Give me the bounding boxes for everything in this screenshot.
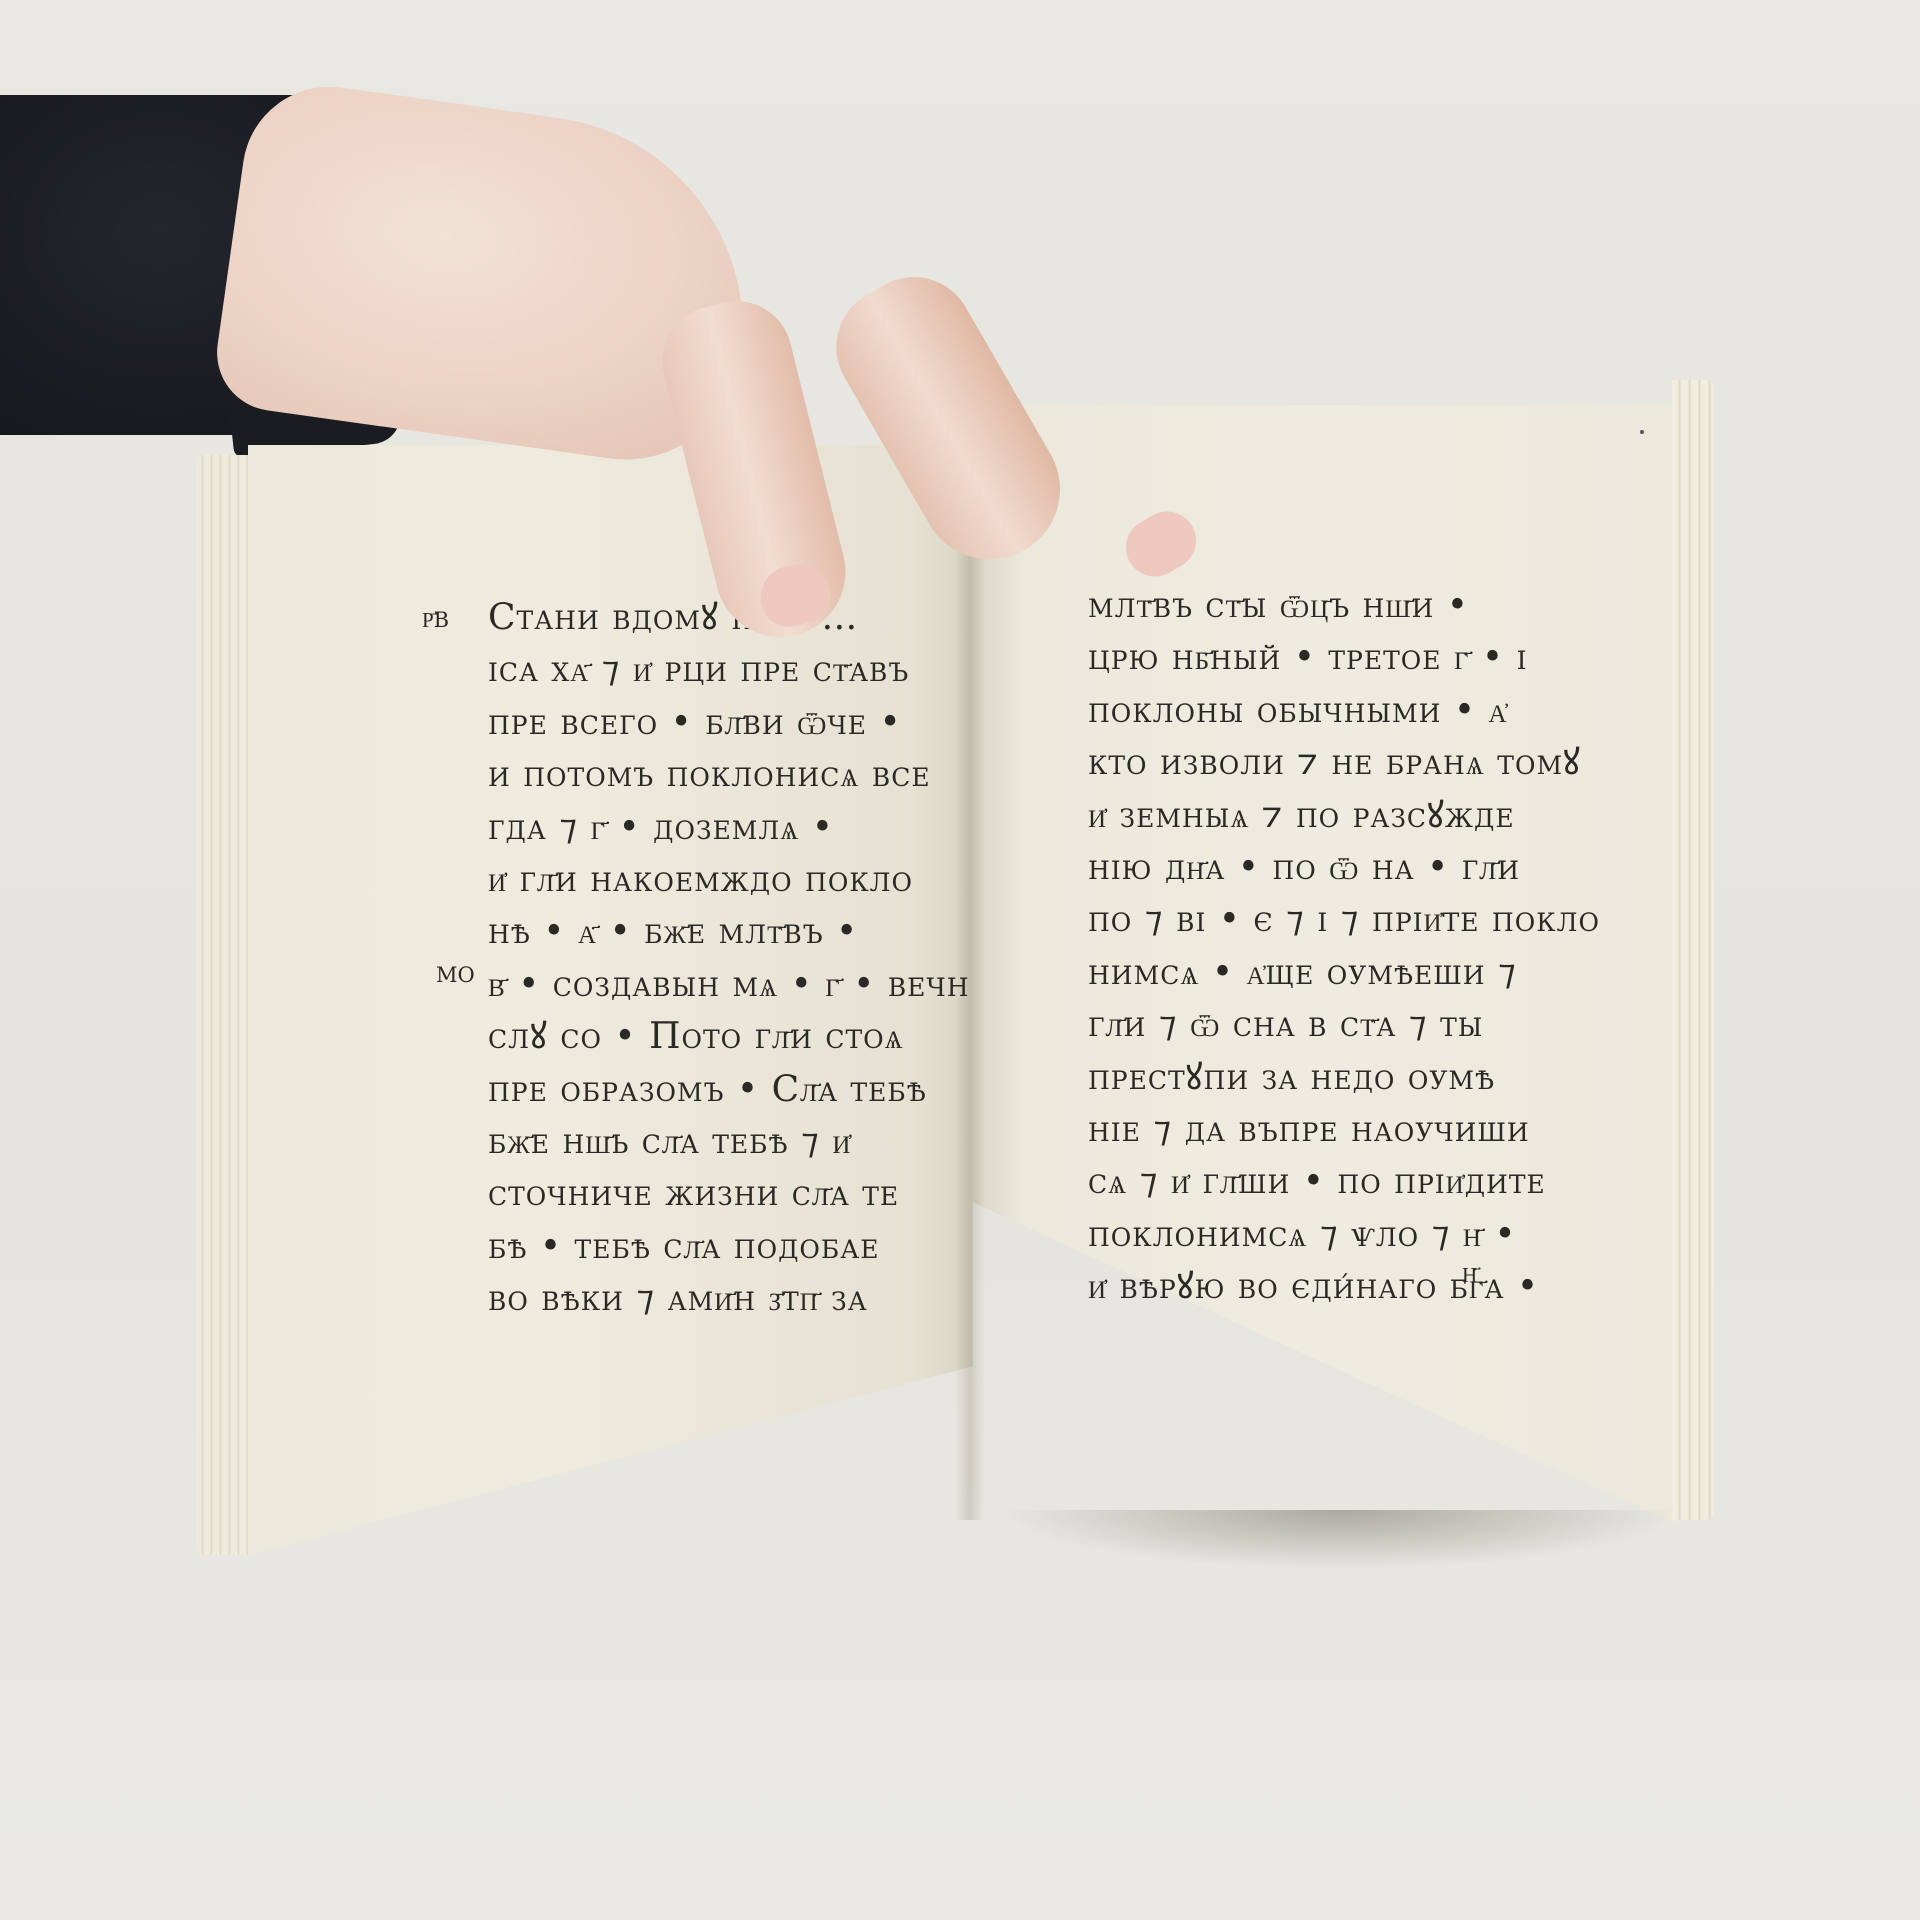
text-line: кто изволи ⁊ не бранѧ томꙋ bbox=[1088, 737, 1600, 789]
left-margin-side-note: мо bbox=[436, 955, 475, 990]
text-line: бж҃е нш҃ь сл҃а тебѣ ⁊ и҆ bbox=[488, 1116, 970, 1168]
text-line: поклонимсѧ ⁊ ѱло ⁊ н҃ • bbox=[1088, 1209, 1600, 1261]
text-line: слꙋ со • Пото гл҃и стоѧ bbox=[488, 1011, 970, 1063]
paper-speck bbox=[1640, 430, 1644, 434]
text-line: бѣ • тебѣ сл҃а подобае bbox=[488, 1221, 970, 1273]
text-line: млт҃въ ст҃ы ѿц҃ъ нш҃и • bbox=[1088, 580, 1600, 632]
book-shadow bbox=[1000, 1510, 1680, 1570]
text-line: сточниче жизни сл҃а те bbox=[488, 1168, 970, 1220]
text-line: в҃ • создавын мѧ • г҃ • вечн bbox=[488, 959, 970, 1011]
text-line: гл҃и ⁊ ѿ сна в ст҃а ⁊ ты bbox=[1088, 999, 1600, 1051]
text-line: по ⁊ ві • є ⁊ і ⁊ прі­и҆те покло bbox=[1088, 894, 1600, 946]
text-line: пре образомъ • Сл҃а тебѣ bbox=[488, 1064, 970, 1116]
text-line: пре всего • бл҃ви ѿче • bbox=[488, 697, 970, 749]
text-line: сѧ ⁊ и҆ гл҃ши • по прі­и҆дите bbox=[1088, 1156, 1600, 1208]
text-line: ніе ⁊ да въпре наоучиши bbox=[1088, 1104, 1600, 1156]
left-page-edges bbox=[196, 455, 252, 1555]
text-line: гда ⁊ г҃ • доземлѧ • bbox=[488, 802, 970, 854]
text-line: престꙋпи за недо оумѣ bbox=[1088, 1052, 1600, 1104]
left-page-text: Стани вдомꙋ пр… … іса ха҃ ⁊ и҆ рци пре с… bbox=[488, 592, 970, 1326]
right-page-edges bbox=[1672, 380, 1714, 1520]
text-line: и потомъ поклонисѧ все bbox=[488, 749, 970, 801]
text-line: іса ха҃ ⁊ и҆ рци пре ст҃авъ bbox=[488, 644, 970, 696]
text-line: и҆ гл҃и накоемждо покло bbox=[488, 854, 970, 906]
left-margin-folio-note: р҃в bbox=[422, 600, 449, 635]
text-line: и҆ вѣрꙋю во єди́наго бг҃а • bbox=[1088, 1261, 1600, 1313]
text-line: и҆ земныѧ ⁊ по разсꙋжде bbox=[1088, 790, 1600, 842]
text-line: нимсѧ • а҆ще оумѣеши ⁊ bbox=[1088, 947, 1600, 999]
text-line: нію дн҃а • по ѿ на • гл҃и bbox=[1088, 842, 1600, 894]
text-line: поклоны обычными • а҆ bbox=[1088, 685, 1600, 737]
right-page-text: млт҃въ ст҃ы ѿц҃ъ нш҃и • црю нб҃ный • тре… bbox=[1088, 580, 1600, 1314]
text-line: црю нб҃ный • третое г҃ • і bbox=[1088, 632, 1600, 684]
text-line: нѣ • а҃ • бж҃е млт҃въ • bbox=[488, 906, 970, 958]
page-signature-mark: н҃ bbox=[1462, 1255, 1477, 1290]
text-line: во вѣки ⁊ ами҃н з҃тп҃ за bbox=[488, 1273, 970, 1325]
